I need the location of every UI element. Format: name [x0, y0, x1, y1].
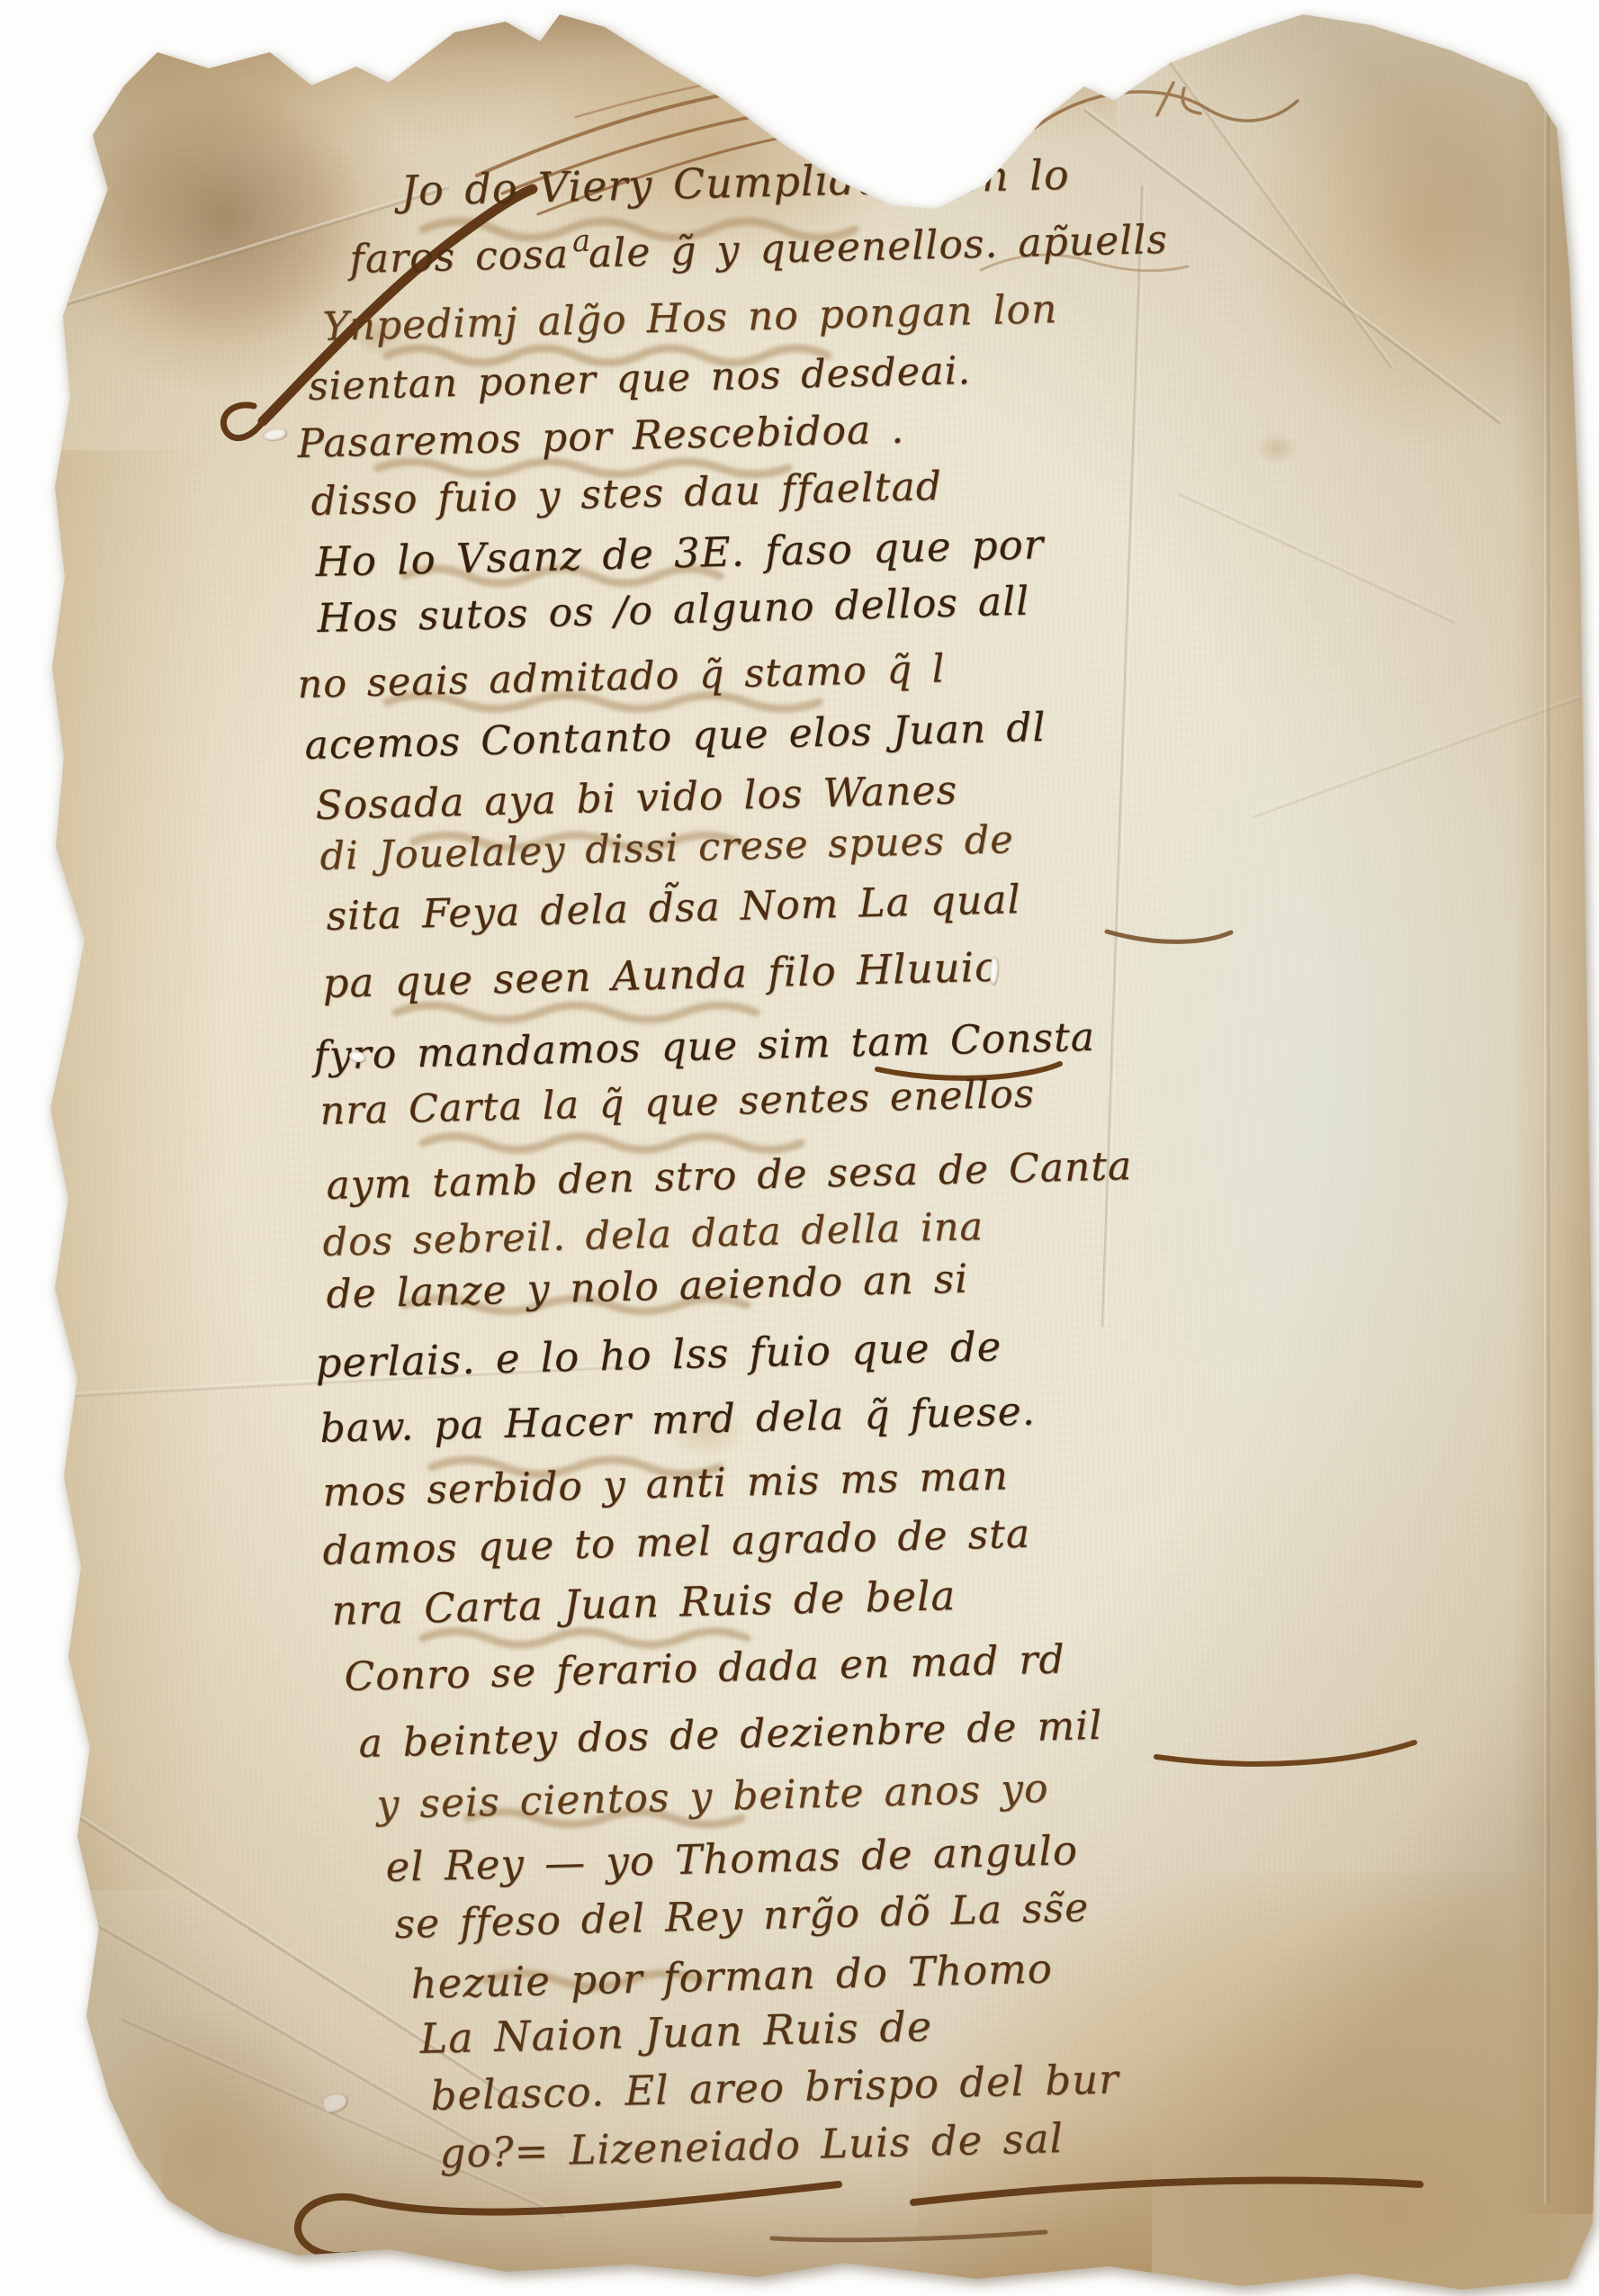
manuscript-line: el Rey — yo Thomas de angulo	[385, 1826, 1079, 1891]
manuscript-line: baw. pa Hacer mrd dela q̃ fuese.	[319, 1389, 1036, 1452]
manuscript-line: Jo do Viery Cumplidun con lo	[400, 150, 1070, 215]
crease-top-right-diagonal	[1082, 107, 1502, 425]
manuscript-line: y seis cientos y beinte anos yo	[376, 1766, 1049, 1828]
crease-top-right-corner	[1163, 53, 1395, 369]
manuscript-line: Sosada aya bi vido los Wanes	[315, 768, 958, 829]
manuscript-line: de lanze y nolo aeiendo an si	[326, 1256, 969, 1318]
pale-fold-zone-right	[1080, 630, 1584, 1575]
manuscript-line: hezuie por forman do Thomo	[410, 1945, 1054, 2008]
manuscript-line: dos sebreil. dela data della ina	[322, 1204, 984, 1265]
pen-trial-scribbles	[477, 65, 1298, 271]
ink-bleedthrough	[0, 0, 1599, 2296]
manuscript-line: go?= Lizeneiado Luis de sal	[439, 2114, 1064, 2177]
manuscript-line: disso fuio y stes dau ffaeltad	[310, 464, 943, 525]
manuscript-line: Hos sutos os /o alguno dellos all	[317, 579, 1030, 642]
paper-damage-speck	[989, 956, 999, 986]
manuscript-line: belasco. El areo brispo del bur	[430, 2055, 1119, 2120]
manuscript-line: acemos Contanto que elos Juan dl	[304, 705, 1047, 769]
manuscript-line: Ynpedimj alg̃o Hos no pongan lon	[322, 286, 1058, 350]
wrinkle-right	[1250, 695, 1581, 819]
fox-spot	[1255, 432, 1297, 464]
fold-line-right-of-text	[1101, 185, 1145, 1327]
manuscript-line: faros cosa ale g̃ y queenellos. ap̃uells	[349, 217, 1168, 283]
manuscript-line: sita Feya dela d̃sa Nom La qual	[326, 877, 1021, 940]
manuscript-line: damos que to mel agrado de sta	[322, 1511, 1031, 1574]
stain-bottom-left	[54, 2007, 351, 2277]
line-tail-flourishes	[877, 932, 1415, 1764]
manuscript-line: Ho lo Vsanz de 3E. faso que por	[315, 520, 1045, 586]
opening-flourish-swash	[223, 189, 533, 438]
stain-top-left-corner	[36, 36, 414, 396]
crease-top-left-diagonal	[35, 185, 449, 315]
paper-damage-speck	[262, 427, 287, 441]
stain-top-center	[504, 36, 918, 270]
interlinear-insertion: a	[571, 223, 591, 260]
flourish-layer	[0, 0, 1599, 2296]
stain-top-edge	[72, 0, 1116, 144]
stain-bottom-edge	[162, 2124, 1152, 2295]
manuscript-line: no seais admitado q̃ stamo q̃ l	[297, 646, 946, 707]
paper-shadow: Jo do Viery Cumplidun con lo faros cosa …	[0, 0, 1599, 2296]
manuscript-line: a beintey dos de dezienbre de mil	[358, 1703, 1103, 1767]
paper-damage-speck	[320, 2091, 349, 2115]
manuscript-page: Jo do Viery Cumplidun con lo faros cosa …	[0, 0, 1599, 2296]
fox-spot	[666, 1404, 747, 1458]
manuscript-line: se ffeso del Rey nrg̃o dõ La ss̃e	[394, 1885, 1090, 1948]
wrinkle-upper-right	[1178, 491, 1457, 624]
signature-rubric-flourish	[298, 2180, 1420, 2255]
paper-damage-speck	[348, 1049, 366, 1063]
stain-bottom-right	[918, 1872, 1599, 2296]
manuscript-line: perlais. e lo ho lss fuio que de	[315, 1322, 1002, 1387]
manuscript-line: pa que seen Aunda filo Hluuio	[322, 943, 1001, 1007]
manuscript-line: sientan poner que nos desdeai.	[308, 348, 972, 410]
crease-bottom-left-2	[49, 1895, 503, 2159]
manuscript-line: La Naion Juan Ruis de	[419, 2002, 933, 2063]
manuscript-line: fyro mandamos que sim tam Consta	[313, 1014, 1096, 1079]
manuscript-line: Pasaremos por Rescebidoa .	[297, 407, 905, 467]
manuscript-line: nra Carta la q̃ que sentes enellos	[319, 1072, 1036, 1134]
fold-line-right-edge	[1544, 63, 1550, 2205]
crease-middle-left	[58, 1364, 633, 1398]
stain-left-margin	[36, 450, 216, 1890]
stain-top-right	[1242, 18, 1599, 450]
stain-right-edge	[1512, 72, 1599, 2214]
manuscript-line: aym tamb den stro de sesa de Canta	[326, 1143, 1133, 1209]
fox-spot	[351, 315, 405, 356]
manuscript-line: Conro se ferario dada en mad rd	[344, 1636, 1065, 1700]
manuscript-line: di Jouelaley dissi crese spues de	[319, 817, 1014, 879]
crease-bottom-left-3	[121, 2016, 566, 2218]
crease-bottom-left-1	[22, 1778, 522, 2105]
manuscript-line: nra Carta Juan Ruis de bela	[331, 1571, 957, 1634]
manuscript-line: mos serbido y anti mis ms man	[322, 1453, 1009, 1516]
